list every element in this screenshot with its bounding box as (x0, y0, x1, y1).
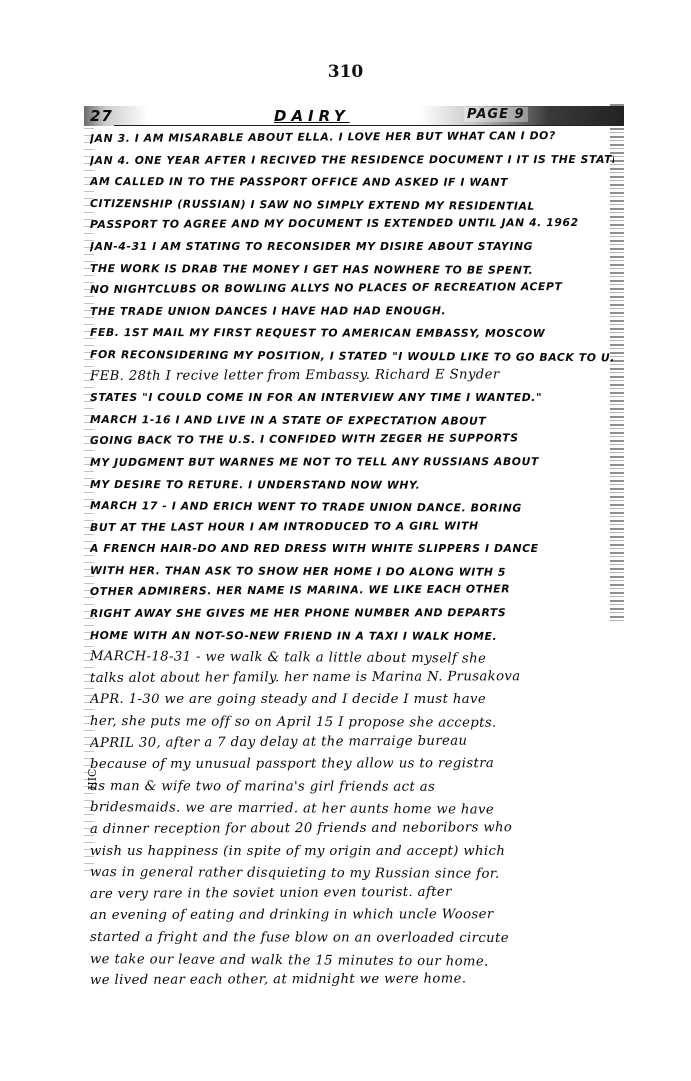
diary-line: JAN 3. I am misarable about Ella. I love… (90, 125, 614, 150)
diary-line: am called in to the passport office and … (90, 171, 614, 194)
diary-line: my desire to reture. I understand now wh… (90, 474, 614, 497)
diary-line: talks alot about her family. her name is… (90, 666, 614, 690)
diary-line: are very rare in the soviet union even t… (90, 880, 614, 905)
diary-line: JAN 4. one year after I recived the resi… (90, 148, 614, 171)
diary-line: an evening of eating and drinking in whi… (90, 904, 614, 927)
diary-lines: JAN 3. I am misarable about Ella. I love… (90, 128, 614, 992)
diary-line: because of my unusual passport they allo… (90, 753, 614, 776)
diary-line: home with an not-so-new friend in a taxi… (90, 625, 614, 648)
diary-line: right away she gives me her phone number… (90, 602, 614, 625)
diary-line: other admirers. Her name is Marina. We l… (90, 578, 614, 603)
diary-line: states "I could come in for an interview… (90, 387, 614, 409)
diary-line: a dinner reception for about 20 friends … (90, 817, 614, 841)
page-number: 310 (0, 62, 691, 82)
diary-line: we lived near each other, at midnight we… (90, 968, 614, 992)
margin-note: IIIC (86, 744, 102, 790)
diary-line: JAN-4-31 I am stating to reconsider my d… (90, 236, 614, 258)
diary-line: as man & wife two of marina's girl frien… (90, 776, 614, 799)
diary-line: passport to agree and my document is ext… (90, 212, 614, 236)
diary-line: wish us happiness (in spite of my origin… (90, 841, 614, 863)
diary-line: FEB. 28th I recive letter from Embassy. … (90, 363, 614, 387)
diary-line: FEB. 1st Mail my first request to Americ… (90, 322, 614, 345)
diary-line: APR. 1-30 we are going steady and I deci… (90, 689, 614, 711)
diary-line: started a fright and the fuse blow on an… (90, 927, 614, 950)
diary-line: but at the last hour I am introduced to … (90, 514, 614, 538)
diary-line: going back to the U.S. I confided with Z… (90, 427, 614, 452)
diary-line: APRIL 30, after a 7 day delay at the mar… (90, 729, 614, 754)
diary-line: a French hair-do and red dress with whit… (90, 538, 614, 560)
diary-scan: 27 DAIRY PAGE 9 JAN 3. I am misarable ab… (84, 104, 624, 874)
diary-line: no nightclubs or bowling allys no places… (90, 276, 614, 301)
diary-title: DAIRY (274, 107, 350, 125)
diary-header-band (84, 106, 624, 126)
diary-line: the trade union dances I have had had en… (90, 300, 614, 323)
entry-number: 27 (90, 107, 113, 125)
diary-line: my judgment but warnes me not to tell an… (90, 451, 614, 474)
diary-page-label: PAGE 9 (464, 107, 528, 122)
